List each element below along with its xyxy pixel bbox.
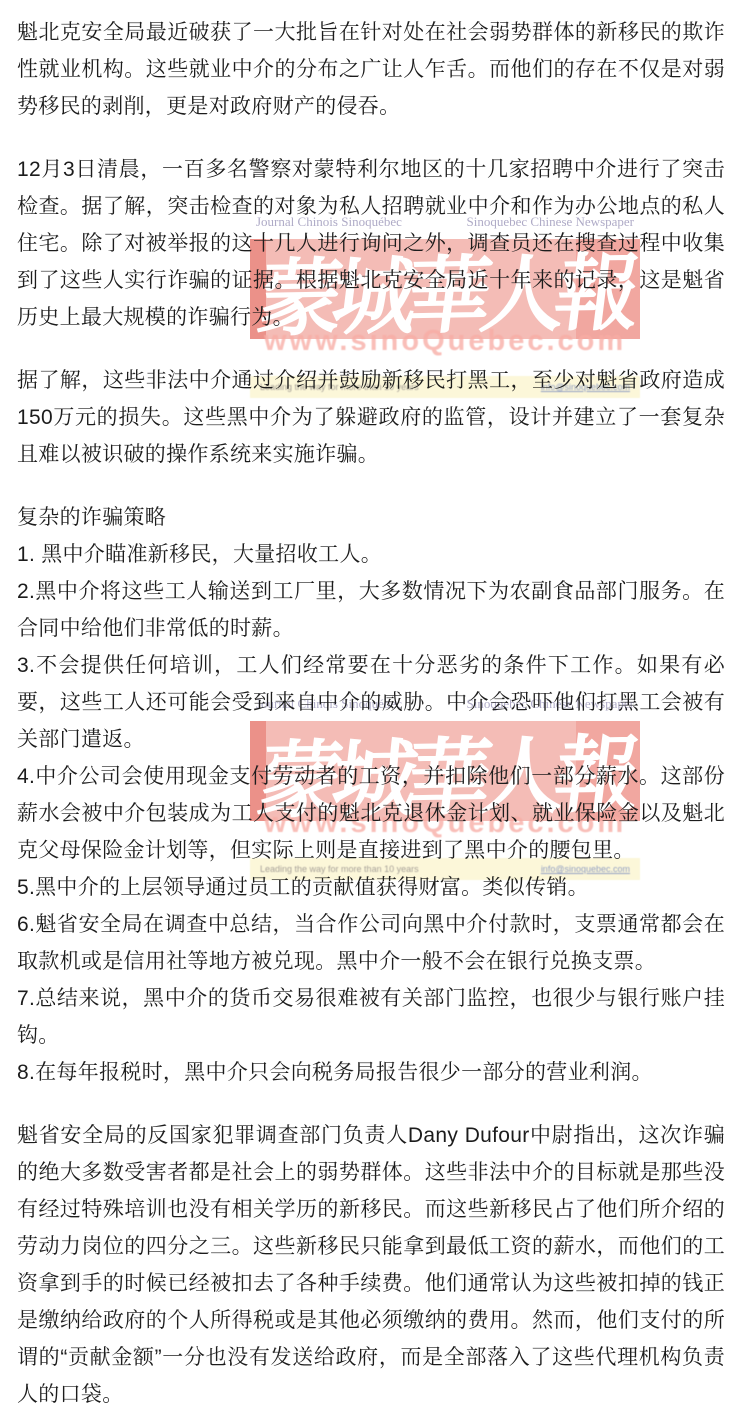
section-title: 复杂的诈骗策略 [17, 499, 725, 536]
list-item-8: 8.在每年报税时，黑中介只会向税务局报告很少一部分的营业利润。 [17, 1054, 725, 1091]
paragraph-raid: 12月3日清晨，一百多名警察对蒙特利尔地区的十几家招聘中介进行了突击检查。据了解… [17, 151, 725, 336]
list-item-3: 3.不会提供任何培训，工人们经常要在十分恶劣的条件下工作。如果有必要，这些工人还… [17, 647, 725, 758]
list-item-1: 1. 黑中介瞄准新移民，大量招收工人。 [17, 536, 725, 573]
list-item-2: 2.黑中介将这些工人输送到工厂里，大多数情况下为农副食品部门服务。在合同中给他们… [17, 573, 725, 647]
article-content: 魁北克安全局最近破获了一大批旨在针对处在社会弱势群体的新移民的欺诈性就业机构。这… [0, 0, 742, 1423]
list-item-4: 4.中介公司会使用现金支付劳动者的工资，并扣除他们一部分薪水。这部份薪水会被中介… [17, 758, 725, 869]
list-item-7: 7.总结来说，黑中介的货币交易很难被有关部门监控，也很少与银行账户挂钩。 [17, 980, 725, 1054]
paragraph-intro: 魁北克安全局最近破获了一大批旨在针对处在社会弱势群体的新移民的欺诈性就业机构。这… [17, 14, 725, 125]
list-item-6: 6.魁省安全局在调查中总结，当合作公司向黑中介付款时，支票通常都会在取款机或是信… [17, 906, 725, 980]
list-item-5: 5.黑中介的上层领导通过员工的贡献值获得财富。类似传销。 [17, 869, 725, 906]
closing-paragraph: 魁省安全局的反国家犯罪调查部门负责人Dany Dufour中尉指出，这次诈骗的绝… [17, 1117, 725, 1413]
paragraph-losses: 据了解，这些非法中介通过介绍并鼓励新移民打黑工，至少对魁省政府造成150万元的损… [17, 362, 725, 473]
